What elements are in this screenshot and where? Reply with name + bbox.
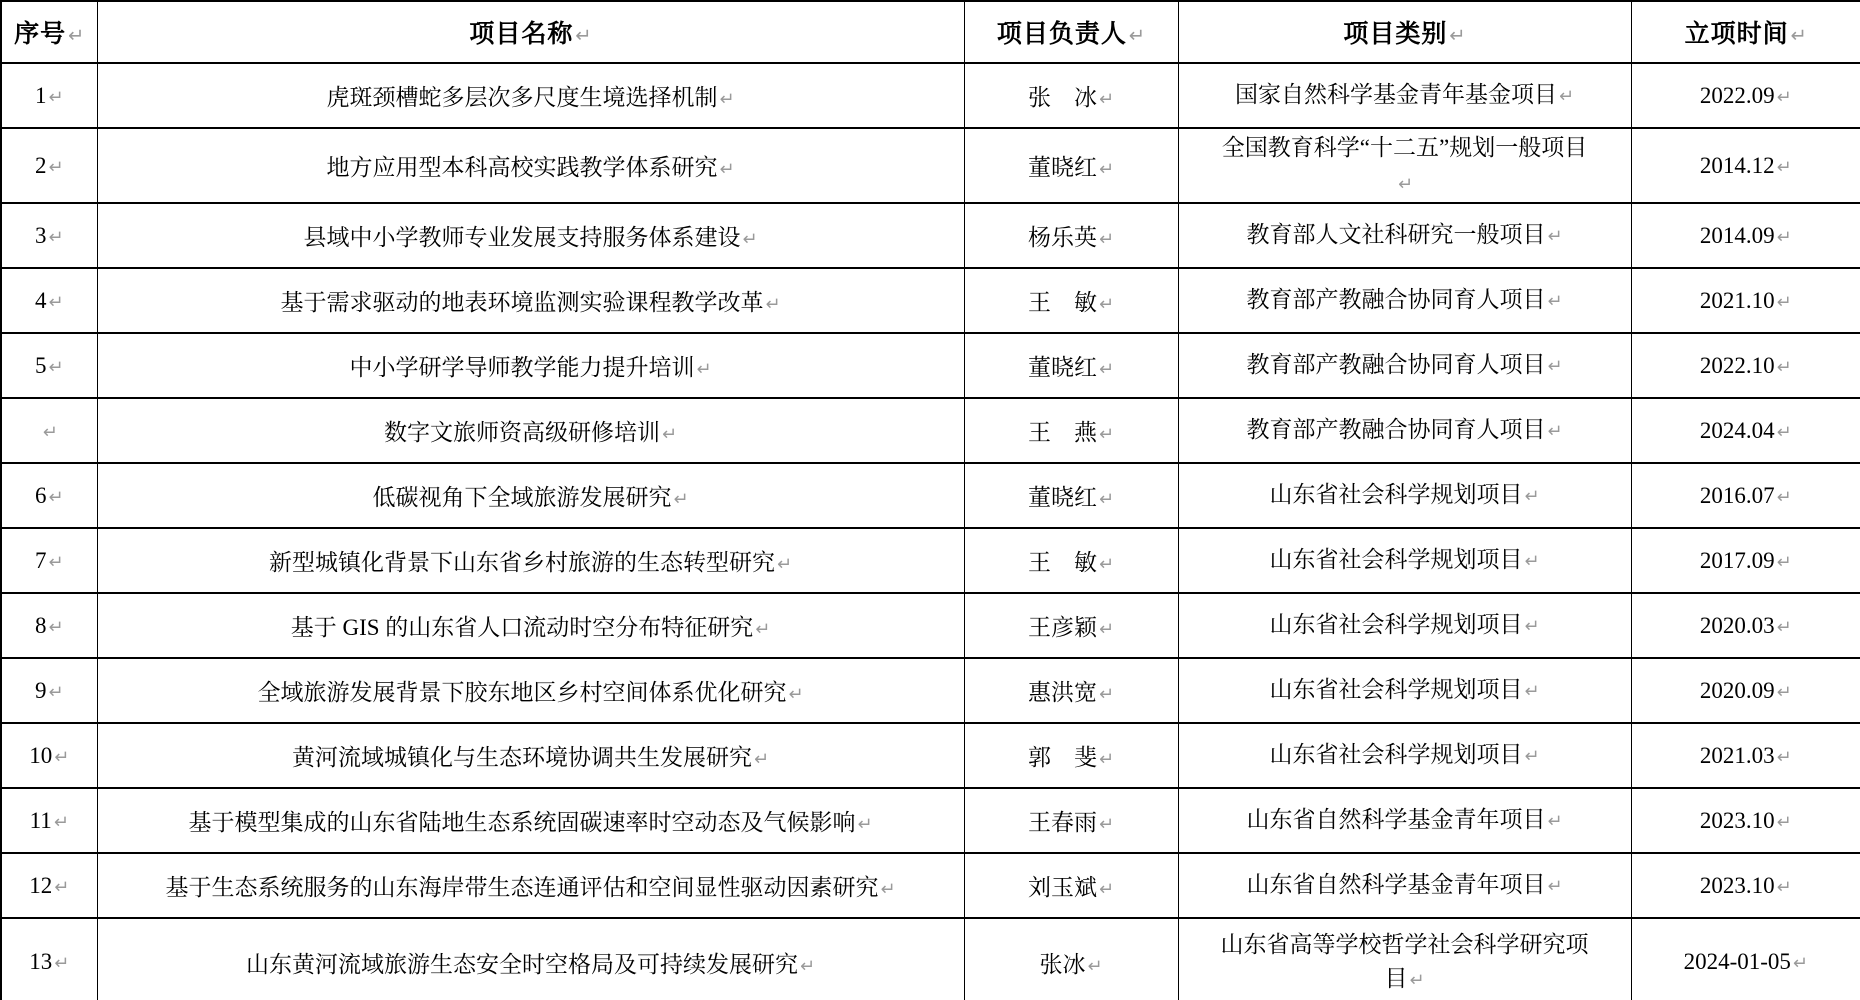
paragraph-mark-icon: ↵ bbox=[857, 814, 872, 835]
leader-cell: 王 燕↵ bbox=[964, 398, 1178, 463]
leader-cell-text: 王春雨 bbox=[1028, 810, 1097, 835]
category-cell: 山东省自然科学基金青年项目↵ bbox=[1178, 788, 1631, 853]
paragraph-mark-icon: ↵ bbox=[1777, 812, 1792, 833]
paragraph-mark-icon: ↵ bbox=[54, 747, 69, 768]
header-index-text: 序号 bbox=[14, 21, 66, 48]
date-cell-text: 2017.09 bbox=[1700, 548, 1775, 573]
name-cell: 基于 GIS 的山东省人口流动时空分布特征研究↵ bbox=[97, 593, 964, 658]
paragraph-mark-icon: ↵ bbox=[1099, 619, 1114, 640]
paragraph-mark-icon: ↵ bbox=[1793, 953, 1808, 974]
leader-cell-text: 郭 斐 bbox=[1028, 745, 1097, 770]
category-cell: 山东省社会科学规划项目↵ bbox=[1178, 658, 1631, 723]
leader-cell: 王 敏↵ bbox=[964, 268, 1178, 333]
paragraph-mark-icon: ↵ bbox=[788, 684, 803, 705]
paragraph-mark-icon: ↵ bbox=[68, 24, 84, 47]
name-cell: 基于模型集成的山东省陆地生态系统固碳速率时空动态及气候影响↵ bbox=[97, 788, 964, 853]
category-cell: 山东省社会科学规划项目↵ bbox=[1178, 463, 1631, 528]
index-cell-text: 10 bbox=[29, 743, 52, 768]
paragraph-mark-icon: ↵ bbox=[1547, 876, 1562, 897]
table-row: 1↵虎斑颈槽蛇多层次多尺度生境选择机制↵张 冰↵国家自然科学基金青年基金项目↵2… bbox=[1, 63, 1860, 128]
leader-cell: 董晓红↵ bbox=[964, 463, 1178, 528]
date-cell: 2022.09↵ bbox=[1631, 63, 1860, 128]
name-cell-text: 县域中小学教师专业发展支持服务体系建设 bbox=[303, 225, 740, 250]
index-cell: 13↵ bbox=[1, 918, 97, 1000]
category-cell-text: 全国教育科学“十二五”规划一般项目 bbox=[1222, 135, 1587, 160]
name-cell-text: 数字文旅师资高级研修培训 bbox=[384, 420, 660, 445]
name-cell: 基于生态系统服务的山东海岸带生态连通评估和空间显性驱动因素研究↵ bbox=[97, 853, 964, 918]
paragraph-mark-icon: ↵ bbox=[765, 294, 780, 315]
table-row: 4↵基于需求驱动的地表环境监测实验课程教学改革↵王 敏↵教育部产教融合协同育人项… bbox=[1, 268, 1860, 333]
leader-cell: 杨乐英↵ bbox=[964, 203, 1178, 268]
paragraph-mark-icon: ↵ bbox=[754, 749, 769, 770]
index-cell-text: 11 bbox=[30, 808, 52, 833]
name-cell: 虎斑颈槽蛇多层次多尺度生境选择机制↵ bbox=[97, 63, 964, 128]
leader-cell-text: 杨乐英 bbox=[1028, 225, 1097, 250]
date-cell: 2021.03↵ bbox=[1631, 723, 1860, 788]
category-cell: 教育部产教融合协同育人项目↵ bbox=[1178, 268, 1631, 333]
leader-cell: 张冰↵ bbox=[964, 918, 1178, 1000]
name-cell-text: 基于模型集成的山东省陆地生态系统固碳速率时空动态及气候影响 bbox=[188, 810, 855, 835]
table-row: 8↵基于 GIS 的山东省人口流动时空分布特征研究↵王彦颖↵山东省社会科学规划项… bbox=[1, 593, 1860, 658]
date-cell: 2014.12↵ bbox=[1631, 128, 1860, 203]
index-cell: 8↵ bbox=[1, 593, 97, 658]
index-cell-text: 7 bbox=[35, 548, 47, 573]
header-cell-category: 项目类别↵ bbox=[1178, 1, 1631, 63]
paragraph-mark-icon: ↵ bbox=[48, 552, 63, 573]
name-cell-text: 低碳视角下全域旅游发展研究 bbox=[372, 485, 671, 510]
table-row: ↵数字文旅师资高级研修培训↵王 燕↵教育部产教融合协同育人项目↵2024.04↵ bbox=[1, 398, 1860, 463]
name-cell-text: 基于 GIS 的山东省人口流动时空分布特征研究 bbox=[291, 615, 754, 640]
category-cell: 山东省高等学校哲学社会科学研究项目↵ bbox=[1178, 918, 1631, 1000]
paragraph-mark-icon: ↵ bbox=[48, 487, 63, 508]
paragraph-mark-icon: ↵ bbox=[1777, 617, 1792, 638]
header-cell-date: 立项时间↵ bbox=[1631, 1, 1860, 63]
table-row: 11↵基于模型集成的山东省陆地生态系统固碳速率时空动态及气候影响↵王春雨↵山东省… bbox=[1, 788, 1860, 853]
paragraph-mark-icon: ↵ bbox=[1099, 424, 1114, 445]
category-cell-text: 山东省社会科学规划项目 bbox=[1269, 482, 1522, 507]
name-cell: 低碳视角下全域旅游发展研究↵ bbox=[97, 463, 964, 528]
index-cell-text: 2 bbox=[35, 153, 47, 178]
paragraph-mark-icon: ↵ bbox=[1449, 24, 1465, 47]
date-cell: 2020.03↵ bbox=[1631, 593, 1860, 658]
category-cell-text: 教育部产教融合协同育人项目 bbox=[1246, 287, 1545, 312]
paragraph-mark-icon: ↵ bbox=[1099, 89, 1114, 110]
leader-cell-text: 王 燕 bbox=[1028, 420, 1097, 445]
category-cell-text: 山东省社会科学规划项目 bbox=[1269, 547, 1522, 572]
paragraph-mark-icon: ↵ bbox=[54, 953, 69, 974]
date-cell: 2024.04↵ bbox=[1631, 398, 1860, 463]
category-cell: 全国教育科学“十二五”规划一般项目↵ bbox=[1178, 128, 1631, 203]
paragraph-mark-icon: ↵ bbox=[1777, 227, 1792, 248]
paragraph-mark-icon: ↵ bbox=[1099, 159, 1114, 180]
leader-cell: 董晓红↵ bbox=[964, 333, 1178, 398]
paragraph-mark-icon: ↵ bbox=[1099, 879, 1114, 900]
index-cell: 12↵ bbox=[1, 853, 97, 918]
date-cell-text: 2023.10 bbox=[1700, 808, 1775, 833]
paragraph-mark-icon: ↵ bbox=[777, 554, 792, 575]
date-cell-text: 2020.09 bbox=[1700, 678, 1775, 703]
name-cell: 数字文旅师资高级研修培训↵ bbox=[97, 398, 964, 463]
paragraph-mark-icon: ↵ bbox=[1099, 489, 1114, 510]
category-cell-text: 山东省自然科学基金青年项目 bbox=[1246, 807, 1545, 832]
category-cell: 教育部产教融合协同育人项目↵ bbox=[1178, 333, 1631, 398]
leader-cell: 王彦颖↵ bbox=[964, 593, 1178, 658]
category-cell-text: 教育部产教融合协同育人项目 bbox=[1246, 417, 1545, 442]
name-cell-text: 山东黄河流域旅游生态安全时空格局及可持续发展研究 bbox=[246, 952, 798, 977]
paragraph-mark-icon: ↵ bbox=[1777, 682, 1792, 703]
index-cell-text: 12 bbox=[29, 873, 52, 898]
name-cell: 山东黄河流域旅游生态安全时空格局及可持续发展研究↵ bbox=[97, 918, 964, 1000]
date-cell-text: 2014.12 bbox=[1700, 153, 1775, 178]
leader-cell-text: 董晓红 bbox=[1028, 155, 1097, 180]
paragraph-mark-icon: ↵ bbox=[1777, 487, 1792, 508]
date-cell: 2014.09↵ bbox=[1631, 203, 1860, 268]
category-cell: 山东省社会科学规划项目↵ bbox=[1178, 723, 1631, 788]
category-cell-text: 山东省社会科学规划项目 bbox=[1269, 677, 1522, 702]
date-cell-text: 2024.04 bbox=[1700, 418, 1775, 443]
paragraph-mark-icon: ↵ bbox=[1777, 292, 1792, 313]
leader-cell: 惠洪宽↵ bbox=[964, 658, 1178, 723]
paragraph-mark-icon: ↵ bbox=[1099, 684, 1114, 705]
paragraph-mark-icon: ↵ bbox=[1129, 24, 1145, 47]
paragraph-mark-icon: ↵ bbox=[43, 422, 58, 443]
index-cell: 6↵ bbox=[1, 463, 97, 528]
index-cell: 1↵ bbox=[1, 63, 97, 128]
paragraph-mark-icon: ↵ bbox=[1547, 356, 1562, 377]
index-cell-text: 8 bbox=[35, 613, 47, 638]
index-cell-text: 1 bbox=[35, 83, 47, 108]
table-row: 10↵黄河流域城镇化与生态环境协调共生发展研究↵郭 斐↵山东省社会科学规划项目↵… bbox=[1, 723, 1860, 788]
leader-cell-text: 惠洪宽 bbox=[1028, 680, 1097, 705]
date-cell-text: 2021.03 bbox=[1700, 743, 1775, 768]
leader-cell: 董晓红↵ bbox=[964, 128, 1178, 203]
paragraph-mark-icon: ↵ bbox=[1547, 421, 1562, 442]
paragraph-mark-icon: ↵ bbox=[48, 357, 63, 378]
leader-cell: 郭 斐↵ bbox=[964, 723, 1178, 788]
date-cell-text: 2022.09 bbox=[1700, 83, 1775, 108]
index-cell: 3↵ bbox=[1, 203, 97, 268]
index-cell-text: 6 bbox=[35, 483, 47, 508]
date-cell-text: 2022.10 bbox=[1700, 353, 1775, 378]
category-cell-text: 山东省社会科学规划项目 bbox=[1269, 612, 1522, 637]
table-row: 3↵县域中小学教师专业发展支持服务体系建设↵杨乐英↵教育部人文社科研究一般项目↵… bbox=[1, 203, 1860, 268]
leader-cell: 王 敏↵ bbox=[964, 528, 1178, 593]
date-cell: 2023.10↵ bbox=[1631, 853, 1860, 918]
category-cell-text: 教育部产教融合协同育人项目 bbox=[1246, 352, 1545, 377]
date-cell-text: 2024-01-05 bbox=[1684, 949, 1791, 974]
name-cell: 基于需求驱动的地表环境监测实验课程教学改革↵ bbox=[97, 268, 964, 333]
name-cell: 黄河流域城镇化与生态环境协调共生发展研究↵ bbox=[97, 723, 964, 788]
category-cell: 山东省自然科学基金青年项目↵ bbox=[1178, 853, 1631, 918]
date-cell: 2017.09↵ bbox=[1631, 528, 1860, 593]
paragraph-mark-icon: ↵ bbox=[1099, 554, 1114, 575]
date-cell: 2023.10↵ bbox=[1631, 788, 1860, 853]
paragraph-mark-icon: ↵ bbox=[880, 879, 895, 900]
paragraph-mark-icon: ↵ bbox=[1777, 422, 1792, 443]
index-cell-text: 5 bbox=[35, 353, 47, 378]
name-cell: 新型城镇化背景下山东省乡村旅游的生态转型研究↵ bbox=[97, 528, 964, 593]
paragraph-mark-icon: ↵ bbox=[1777, 357, 1792, 378]
paragraph-mark-icon: ↵ bbox=[800, 956, 815, 977]
index-cell: 11↵ bbox=[1, 788, 97, 853]
name-cell-text: 新型城镇化背景下山东省乡村旅游的生态转型研究 bbox=[269, 550, 775, 575]
project-table: 序号↵项目名称↵项目负责人↵项目类别↵立项时间↵ 1↵虎斑颈槽蛇多层次多尺度生境… bbox=[0, 0, 1860, 1000]
date-cell: 2024-01-05↵ bbox=[1631, 918, 1860, 1000]
paragraph-mark-icon: ↵ bbox=[1524, 616, 1539, 637]
header-cell-index: 序号↵ bbox=[1, 1, 97, 63]
leader-cell: 刘玉斌↵ bbox=[964, 853, 1178, 918]
header-name-text: 项目名称 bbox=[469, 21, 573, 48]
index-cell-text: 13 bbox=[29, 949, 52, 974]
header-date-text: 立项时间 bbox=[1685, 21, 1789, 48]
date-cell: 2020.09↵ bbox=[1631, 658, 1860, 723]
date-cell-text: 2020.03 bbox=[1700, 613, 1775, 638]
paragraph-mark-icon: ↵ bbox=[48, 617, 63, 638]
index-cell-text: 4 bbox=[35, 288, 47, 313]
paragraph-mark-icon: ↵ bbox=[1524, 681, 1539, 702]
leader-cell-text: 王 敏 bbox=[1028, 290, 1097, 315]
paragraph-mark-icon: ↵ bbox=[1777, 87, 1792, 108]
category-cell: 山东省社会科学规划项目↵ bbox=[1178, 528, 1631, 593]
paragraph-mark-icon: ↵ bbox=[1777, 157, 1792, 178]
paragraph-mark-icon: ↵ bbox=[1409, 970, 1424, 991]
index-cell: 5↵ bbox=[1, 333, 97, 398]
paragraph-mark-icon: ↵ bbox=[1777, 747, 1792, 768]
name-cell: 县域中小学教师专业发展支持服务体系建设↵ bbox=[97, 203, 964, 268]
index-cell: 4↵ bbox=[1, 268, 97, 333]
paragraph-mark-icon: ↵ bbox=[1099, 749, 1114, 770]
table-row: 7↵新型城镇化背景下山东省乡村旅游的生态转型研究↵王 敏↵山东省社会科学规划项目… bbox=[1, 528, 1860, 593]
paragraph-mark-icon: ↵ bbox=[1398, 174, 1413, 195]
name-cell-text: 中小学研学导师教学能力提升培训 bbox=[349, 355, 694, 380]
category-cell-text: 国家自然科学基金青年基金项目 bbox=[1235, 82, 1557, 107]
paragraph-mark-icon: ↵ bbox=[755, 619, 770, 640]
header-row: 序号↵项目名称↵项目负责人↵项目类别↵立项时间↵ bbox=[1, 1, 1860, 63]
date-cell-text: 2021.10 bbox=[1700, 288, 1775, 313]
table-row: 9↵全域旅游发展背景下胶东地区乡村空间体系优化研究↵惠洪宽↵山东省社会科学规划项… bbox=[1, 658, 1860, 723]
paragraph-mark-icon: ↵ bbox=[1099, 294, 1114, 315]
leader-cell: 张 冰↵ bbox=[964, 63, 1178, 128]
paragraph-mark-icon: ↵ bbox=[1791, 24, 1807, 47]
leader-cell-text: 张冰 bbox=[1039, 952, 1085, 977]
paragraph-mark-icon: ↵ bbox=[48, 292, 63, 313]
date-cell-text: 2016.07 bbox=[1700, 483, 1775, 508]
table-row: 12↵基于生态系统服务的山东海岸带生态连通评估和空间显性驱动因素研究↵刘玉斌↵山… bbox=[1, 853, 1860, 918]
paragraph-mark-icon: ↵ bbox=[1524, 486, 1539, 507]
category-cell-text: 山东省高等学校哲学社会科学研究项目 bbox=[1221, 932, 1589, 992]
leader-cell-text: 董晓红 bbox=[1028, 355, 1097, 380]
leader-cell-text: 刘玉斌 bbox=[1028, 875, 1097, 900]
leader-cell-text: 董晓红 bbox=[1028, 485, 1097, 510]
name-cell: 中小学研学导师教学能力提升培训↵ bbox=[97, 333, 964, 398]
paragraph-mark-icon: ↵ bbox=[696, 359, 711, 380]
index-cell-text: 9 bbox=[35, 678, 47, 703]
header-cell-name: 项目名称↵ bbox=[97, 1, 964, 63]
header-leader-text: 项目负责人 bbox=[997, 21, 1127, 48]
date-cell: 2021.10↵ bbox=[1631, 268, 1860, 333]
paragraph-mark-icon: ↵ bbox=[1087, 956, 1102, 977]
paragraph-mark-icon: ↵ bbox=[1099, 359, 1114, 380]
table-row: 2↵地方应用型本科高校实践教学体系研究↵董晓红↵全国教育科学“十二五”规划一般项… bbox=[1, 128, 1860, 203]
paragraph-mark-icon: ↵ bbox=[1777, 552, 1792, 573]
table-body: 1↵虎斑颈槽蛇多层次多尺度生境选择机制↵张 冰↵国家自然科学基金青年基金项目↵2… bbox=[1, 63, 1860, 1000]
paragraph-mark-icon: ↵ bbox=[48, 87, 63, 108]
leader-cell-text: 王 敏 bbox=[1028, 550, 1097, 575]
category-cell: 教育部产教融合协同育人项目↵ bbox=[1178, 398, 1631, 463]
table-row: 5↵中小学研学导师教学能力提升培训↵董晓红↵教育部产教融合协同育人项目↵2022… bbox=[1, 333, 1860, 398]
header-category-text: 项目类别 bbox=[1343, 21, 1447, 48]
category-cell: 国家自然科学基金青年基金项目↵ bbox=[1178, 63, 1631, 128]
paragraph-mark-icon: ↵ bbox=[1099, 229, 1114, 250]
paragraph-mark-icon: ↵ bbox=[1524, 746, 1539, 767]
category-cell-text: 山东省社会科学规划项目 bbox=[1269, 742, 1522, 767]
date-cell: 2016.07↵ bbox=[1631, 463, 1860, 528]
paragraph-mark-icon: ↵ bbox=[54, 812, 69, 833]
paragraph-mark-icon: ↵ bbox=[1524, 551, 1539, 572]
leader-cell: 王春雨↵ bbox=[964, 788, 1178, 853]
category-cell-text: 山东省自然科学基金青年项目 bbox=[1246, 872, 1545, 897]
index-cell: 9↵ bbox=[1, 658, 97, 723]
date-cell: 2022.10↵ bbox=[1631, 333, 1860, 398]
paragraph-mark-icon: ↵ bbox=[673, 489, 688, 510]
paragraph-mark-icon: ↵ bbox=[1099, 814, 1114, 835]
name-cell: 全域旅游发展背景下胶东地区乡村空间体系优化研究↵ bbox=[97, 658, 964, 723]
paragraph-mark-icon: ↵ bbox=[662, 424, 677, 445]
index-cell: 10↵ bbox=[1, 723, 97, 788]
name-cell-text: 全域旅游发展背景下胶东地区乡村空间体系优化研究 bbox=[257, 680, 786, 705]
date-cell-text: 2023.10 bbox=[1700, 873, 1775, 898]
table-row: 13↵山东黄河流域旅游生态安全时空格局及可持续发展研究↵张冰↵山东省高等学校哲学… bbox=[1, 918, 1860, 1000]
paragraph-mark-icon: ↵ bbox=[719, 159, 734, 180]
index-cell: 7↵ bbox=[1, 528, 97, 593]
paragraph-mark-icon: ↵ bbox=[742, 229, 757, 250]
paragraph-mark-icon: ↵ bbox=[48, 227, 63, 248]
paragraph-mark-icon: ↵ bbox=[1547, 291, 1562, 312]
name-cell-text: 黄河流域城镇化与生态环境协调共生发展研究 bbox=[292, 745, 752, 770]
index-cell: 2↵ bbox=[1, 128, 97, 203]
name-cell-text: 基于需求驱动的地表环境监测实验课程教学改革 bbox=[280, 290, 763, 315]
paragraph-mark-icon: ↵ bbox=[575, 24, 591, 47]
name-cell-text: 虎斑颈槽蛇多层次多尺度生境选择机制 bbox=[326, 85, 717, 110]
index-cell-text: 3 bbox=[35, 223, 47, 248]
paragraph-mark-icon: ↵ bbox=[1559, 86, 1574, 107]
leader-cell-text: 王彦颖 bbox=[1028, 615, 1097, 640]
name-cell-text: 地方应用型本科高校实践教学体系研究 bbox=[326, 155, 717, 180]
paragraph-mark-icon: ↵ bbox=[1777, 877, 1792, 898]
leader-cell-text: 张 冰 bbox=[1028, 85, 1097, 110]
paragraph-mark-icon: ↵ bbox=[54, 877, 69, 898]
category-cell: 山东省社会科学规划项目↵ bbox=[1178, 593, 1631, 658]
paragraph-mark-icon: ↵ bbox=[48, 682, 63, 703]
paragraph-mark-icon: ↵ bbox=[1547, 226, 1562, 247]
name-cell-text: 基于生态系统服务的山东海岸带生态连通评估和空间显性驱动因素研究 bbox=[165, 875, 878, 900]
category-cell-text: 教育部人文社科研究一般项目 bbox=[1246, 222, 1545, 247]
name-cell: 地方应用型本科高校实践教学体系研究↵ bbox=[97, 128, 964, 203]
table-row: 6↵低碳视角下全域旅游发展研究↵董晓红↵山东省社会科学规划项目↵2016.07↵ bbox=[1, 463, 1860, 528]
paragraph-mark-icon: ↵ bbox=[48, 157, 63, 178]
date-cell-text: 2014.09 bbox=[1700, 223, 1775, 248]
paragraph-mark-icon: ↵ bbox=[719, 89, 734, 110]
index-cell: ↵ bbox=[1, 398, 97, 463]
header-cell-leader: 项目负责人↵ bbox=[964, 1, 1178, 63]
category-cell: 教育部人文社科研究一般项目↵ bbox=[1178, 203, 1631, 268]
paragraph-mark-icon: ↵ bbox=[1547, 811, 1562, 832]
